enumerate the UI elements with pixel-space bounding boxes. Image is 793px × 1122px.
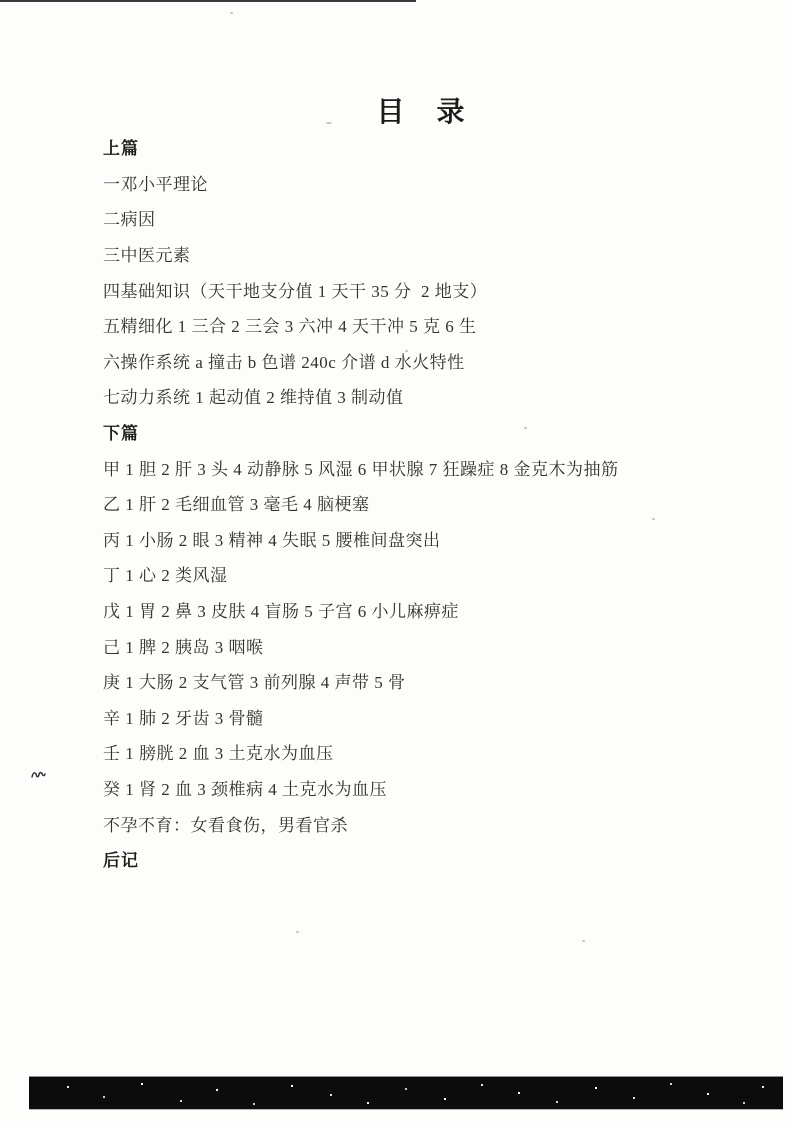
toc-section-heading: 后记 <box>0 841 793 877</box>
scan-speck <box>326 122 332 124</box>
top-scan-artifact-line <box>0 0 416 2</box>
toc-entry: 庚 1 大肠 2 支气管 3 前列腺 4 声带 5 骨 <box>0 663 793 699</box>
toc-entry: 己 1 脾 2 胰岛 3 咽喉 <box>0 627 793 663</box>
toc-entry: 癸 1 肾 2 血 3 颈椎病 4 土克水为血压 <box>0 770 793 806</box>
toc-entry: 辛 1 肺 2 牙齿 3 骨髓 <box>0 699 793 735</box>
scan-speck <box>230 12 233 14</box>
toc-section-heading: 上篇 <box>0 129 793 165</box>
scan-speck <box>652 518 655 520</box>
toc-section-heading: 下篇 <box>0 414 793 450</box>
toc-entry: 一邓小平理论 <box>0 165 793 201</box>
toc-entry: 丙 1 小肠 2 眼 3 精神 4 失眠 5 腰椎间盘突出 <box>0 521 793 557</box>
toc-entry: 壬 1 膀胱 2 血 3 土克水为血压 <box>0 734 793 770</box>
toc-entry: 五精细化 1 三合 2 三会 3 六冲 4 天干冲 5 克 6 生 <box>0 307 793 343</box>
toc-entry: 四基础知识（天干地支分值 1 天干 35 分 2 地支） <box>0 271 793 307</box>
toc-entry: 三中医元素 <box>0 236 793 272</box>
toc-entry: 六操作系统 a 撞击 b 色谱 240c 介谱 d 水火特性 <box>0 343 793 379</box>
scan-noise-dots <box>29 1077 31 1079</box>
scanned-document-page: 目 录 上篇一邓小平理论二病因三中医元素四基础知识（天干地支分值 1 天干 35… <box>0 0 793 1122</box>
toc-entry: 丁 1 心 2 类风湿 <box>0 556 793 592</box>
toc-entry: 二病因 <box>0 200 793 236</box>
bottom-scan-artifact-bar <box>29 1076 783 1110</box>
scan-speck <box>405 350 408 352</box>
pen-squiggle-mark-icon <box>30 768 48 782</box>
toc-entry: 乙 1 肝 2 毛细血管 3 毫毛 4 脑梗塞 <box>0 485 793 521</box>
toc-entry: 七动力系统 1 起动值 2 维持值 3 制动值 <box>0 378 793 414</box>
page-title: 目 录 <box>25 90 793 130</box>
scan-speck <box>524 427 527 429</box>
table-of-contents: 上篇一邓小平理论二病因三中医元素四基础知识（天干地支分值 1 天干 35 分 2… <box>0 129 793 876</box>
toc-entry: 戊 1 胃 2 鼻 3 皮肤 4 盲肠 5 子宫 6 小儿麻痹症 <box>0 592 793 628</box>
scan-speck <box>296 931 299 933</box>
toc-entry: 甲 1 胆 2 肝 3 头 4 动静脉 5 风湿 6 甲状腺 7 狂躁症 8 金… <box>0 449 793 485</box>
scan-speck <box>582 940 585 942</box>
toc-entry: 不孕不育：女看食伤，男看官杀 <box>0 805 793 841</box>
